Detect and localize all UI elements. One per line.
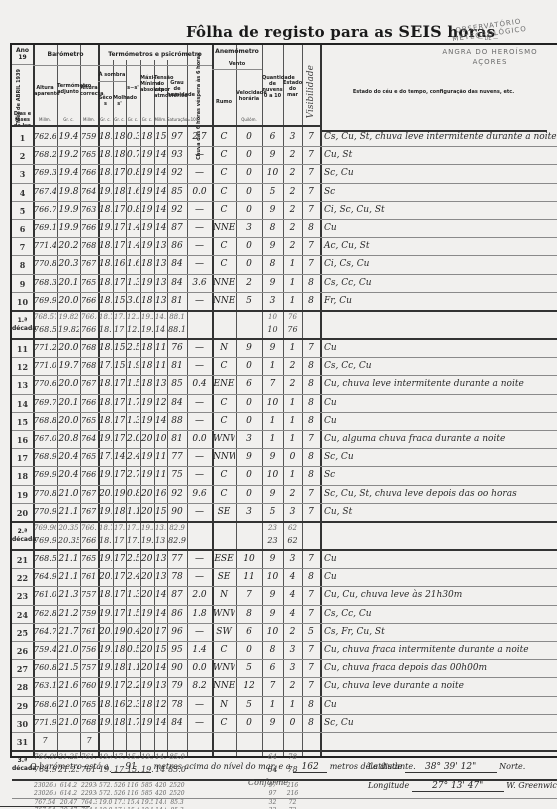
- cell-mar: 2: [284, 150, 301, 160]
- unit-label: Gr. c.: [140, 117, 154, 122]
- mean-value: 15.4: [127, 799, 139, 806]
- cell-seco: 17.2: [99, 452, 112, 462]
- total-value: 116.1: [127, 782, 139, 789]
- cell-term: 20.0: [58, 343, 79, 353]
- cell-rumo: WNW: [213, 609, 235, 619]
- cell-alt-ap: 763.10: [34, 681, 56, 690]
- cell-seco: 19.8: [99, 554, 112, 564]
- cell-max: 18.6: [141, 379, 153, 389]
- cell-hum: 96: [168, 627, 186, 637]
- mean-value: 72: [284, 799, 301, 806]
- cell-nuv: 1: [263, 700, 282, 710]
- cell-tensao: 14.9: [155, 663, 166, 673]
- cell-chuva: —: [188, 470, 211, 480]
- cell-seco: 19.8: [99, 507, 112, 517]
- row-divider: [98, 65, 212, 66]
- cell-alt-cor: 759.75: [81, 609, 97, 618]
- decade-value: 18.77: [99, 325, 112, 334]
- day-number: 23: [12, 591, 33, 601]
- cell-tensao: 14.1: [155, 609, 166, 619]
- cell-nuv: 9: [263, 609, 282, 619]
- cell-alt-cor: 767.84: [81, 507, 97, 516]
- cell-molh: 17.5: [114, 416, 125, 426]
- cloud-amount-header: Quantidade de nuvens 0 a 10: [262, 75, 283, 99]
- cell-alt-ap: 768.35: [34, 278, 56, 287]
- cell-hum: 87: [168, 223, 186, 233]
- day-number: 12: [12, 362, 33, 372]
- cell-alt-cor: 759.77: [81, 132, 97, 141]
- cell-molh: 17.3: [114, 681, 125, 691]
- cell-rumo: NNW: [213, 452, 235, 462]
- cell-mar: 2: [284, 168, 301, 178]
- cell-term: 21.0: [58, 645, 79, 655]
- cell-alt-cor: 757.72: [81, 663, 97, 672]
- cell-alt-cor: 761.86: [81, 572, 97, 581]
- row-divider: [12, 338, 557, 340]
- cell-vel: 0: [237, 645, 261, 655]
- rain-header: Chuva das 6 horas véspera às 6 horas: [196, 53, 202, 160]
- cell-diff: 1.6: [127, 187, 139, 197]
- day-number: 20: [12, 508, 33, 518]
- decade-value: 20.35: [58, 524, 79, 532]
- decade-value: 13.56: [155, 524, 166, 532]
- altitude-value: 91: [111, 762, 151, 773]
- cell-alt-cor: 763.81: [81, 205, 97, 214]
- cell-alt-ap: 768.50: [34, 554, 56, 563]
- cell-nuv: 9: [263, 150, 282, 160]
- cell-diff: 1.5: [127, 609, 139, 619]
- cell-rumo: SE: [213, 572, 235, 582]
- cell-diff: 1.4: [127, 223, 139, 233]
- cell-nuv: 3: [263, 296, 282, 306]
- cell-vel: 7: [237, 590, 261, 600]
- day-number: 4: [12, 188, 33, 198]
- cell-alt-ap: 770.80: [34, 489, 56, 498]
- unit-label: Gr. c.: [57, 117, 80, 122]
- year-value: 19: [12, 55, 33, 61]
- cell-term: 20.0: [58, 296, 79, 306]
- decade-value: 769.905: [34, 524, 56, 532]
- decade-value: 20.35: [58, 536, 79, 545]
- cell-tensao: 14.5: [155, 718, 166, 728]
- humidity-header: Grau de humidade: [167, 80, 187, 98]
- cell-hum: 86: [168, 609, 186, 619]
- cell-mar: 0: [284, 452, 301, 462]
- cell-tensao: 14.4: [155, 168, 166, 178]
- cell-molh: 18.1: [114, 132, 125, 142]
- day-number: 1: [12, 133, 33, 143]
- cell-rumo: ESE: [213, 554, 235, 564]
- cell-mar: 0: [284, 718, 301, 728]
- cell-alt-ap: 766.70: [34, 205, 56, 214]
- cell-diff: 0.4: [127, 627, 139, 637]
- cell-seco: 19.5: [99, 681, 112, 691]
- day-number: 8: [12, 260, 33, 270]
- cell-diff: 1.5: [127, 379, 139, 389]
- day-number: 19: [12, 490, 33, 500]
- cell-rumo: C: [213, 489, 235, 499]
- mean-value: 14.01: [155, 799, 166, 806]
- cell-chuva: —: [188, 627, 211, 637]
- cell-rumo: ENE: [213, 379, 235, 389]
- cell-alt-ap: 768.60: [34, 700, 56, 709]
- cell-rumo: C: [213, 150, 235, 160]
- cell-mar: 4: [284, 590, 301, 600]
- cell-seco: 18.3: [99, 278, 112, 288]
- row-divider: [12, 219, 557, 220]
- cell-molh: 18.0: [114, 150, 125, 160]
- cell-vis: 5: [303, 627, 319, 637]
- cell-max: 20.6: [141, 434, 153, 444]
- total-value: 2520: [168, 782, 186, 789]
- cell-mar: 1: [284, 398, 301, 408]
- row-divider: [12, 125, 320, 127]
- sky-remark: Sc: [324, 470, 335, 480]
- cell-molh: 17.4: [114, 590, 125, 600]
- cell-hum: 88: [168, 416, 186, 426]
- cell-vis: 7: [303, 132, 319, 142]
- cell-vis: 7: [303, 489, 319, 499]
- cell-alt-ap: 770.90: [34, 507, 56, 516]
- cell-vis: 8: [303, 416, 319, 426]
- cell-mar: 2: [284, 223, 301, 233]
- sky-remark: Sc, Cu: [324, 168, 354, 178]
- sky-remark: Cu, chuva leve intermitente durante a no…: [324, 379, 524, 389]
- day-number: 10: [12, 297, 33, 307]
- cell-alt-cor: 766.92: [81, 470, 97, 479]
- cell-tensao: 12.6: [155, 700, 166, 710]
- cell-alt-cor: 765.31: [81, 278, 97, 287]
- row-divider: [12, 394, 557, 395]
- total-value: 526.2: [114, 790, 125, 797]
- total-value: 526.2: [114, 782, 125, 789]
- cell-vel: 12: [237, 681, 261, 691]
- cell-chuva: —: [188, 572, 211, 582]
- cell-hum: 86: [168, 241, 186, 251]
- cell-nuv: 5: [263, 507, 282, 517]
- decade-value: 17.88: [114, 753, 125, 761]
- sky-remark: Sc, Cu, St, chuva leve depois das oo hor…: [324, 489, 517, 499]
- cell-rumo: C: [213, 259, 235, 269]
- cell-diff: 1.6: [127, 259, 139, 269]
- cell-max: 19.7: [141, 398, 153, 408]
- decade-value: 17.54: [114, 325, 125, 334]
- cell-nuv: 6: [263, 663, 282, 673]
- decade-value: 14.17: [155, 325, 166, 334]
- cell-hum: 90: [168, 507, 186, 517]
- cell-vel: 0: [237, 241, 261, 251]
- decade-value: 18.79: [99, 524, 112, 532]
- cell-molh: 16.7: [114, 259, 125, 269]
- cell-chuva: —: [188, 718, 211, 728]
- decade-value: 82.9: [168, 536, 186, 545]
- cell-max: 20.3: [141, 590, 153, 600]
- cell-term: 21.2: [58, 609, 79, 619]
- day-number: 31: [12, 737, 33, 747]
- decade-value: 64: [263, 753, 282, 761]
- barometer-note: O barómetro está a 91 metros acima do ní…: [30, 762, 416, 773]
- row-divider: [12, 659, 557, 660]
- cell-nuv: 9: [263, 241, 282, 251]
- row-divider: [12, 412, 557, 413]
- cell-molh: 18.0: [114, 718, 125, 728]
- cell-chuva: —: [188, 416, 211, 426]
- cell-molh: 19.9: [114, 627, 125, 637]
- cell-vel: 3: [237, 507, 261, 517]
- cell-max: 19.3: [141, 150, 153, 160]
- sky-remark: Cu, chuva fraca intermitente durante a n…: [324, 645, 529, 655]
- cell-hum: 84: [168, 278, 186, 288]
- cell-mar: 3: [284, 663, 301, 673]
- mean-value: 17.54: [114, 799, 125, 806]
- cell-max: 20.5: [141, 507, 153, 517]
- sky-remark: Cu: [324, 398, 337, 408]
- cell-diff: 0.8: [127, 168, 139, 178]
- total-value: 614.2: [58, 790, 79, 797]
- cell-term: 20.4: [58, 470, 79, 480]
- cell-alt-ap: 767.40: [34, 187, 56, 196]
- difference-header: s−s': [126, 85, 140, 91]
- register-table: Ano19Mês de ABRIL 1939Dias e fases da lu…: [10, 43, 557, 758]
- cell-hum: 81: [168, 296, 186, 306]
- cell-term: 20.4: [58, 452, 79, 462]
- cell-diff: 1.7: [127, 398, 139, 408]
- cell-max: 19.5: [141, 452, 153, 462]
- cell-max: 18.6: [141, 259, 153, 269]
- cell-max: 18.9: [141, 700, 153, 710]
- cell-seco: 19.7: [99, 663, 112, 673]
- cell-term: 21.0: [58, 700, 79, 710]
- day-number: 6: [12, 224, 33, 234]
- cell-vis: 8: [303, 470, 319, 480]
- day-number: 5: [12, 206, 33, 216]
- decade-value: 768.575: [34, 325, 56, 334]
- cell-molh: 18.7: [114, 507, 125, 517]
- cell-tensao: 14.4: [155, 223, 166, 233]
- cell-rumo: C: [213, 398, 235, 408]
- cell-tensao: 13.4: [155, 278, 166, 288]
- cell-mar: 2: [284, 361, 301, 371]
- dry-header: Sêco s: [98, 95, 113, 107]
- cell-rumo: C: [213, 132, 235, 142]
- total-value: 420.3: [155, 782, 166, 789]
- day-number: 7: [12, 242, 33, 252]
- cell-alt-cor: 765.45: [81, 150, 97, 159]
- cell-nuv: 10: [263, 398, 282, 408]
- sky-remark: Cu: [324, 700, 337, 710]
- cell-alt-cor: 765.44: [81, 554, 97, 563]
- decade-value: 19.82: [58, 325, 79, 334]
- row-divider: [12, 696, 557, 697]
- decade-value: 19.24: [141, 313, 153, 321]
- cell-rumo: N: [213, 343, 235, 353]
- cell-alt-cor: 765.22: [81, 452, 97, 461]
- cell-alt-cor: 766.76: [81, 398, 97, 407]
- cell-tensao: 13.5: [155, 572, 166, 582]
- cell-hum: 93: [168, 150, 186, 160]
- cell-chuva: 8.2: [188, 681, 211, 691]
- cell-seco: 18.3: [99, 259, 112, 269]
- cell-diff: 1.3: [127, 590, 139, 600]
- row-divider: [12, 183, 557, 184]
- cell-seco: 18.3: [99, 168, 112, 178]
- cell-vel: 0: [237, 470, 261, 480]
- decade-2-label: 2.ª década: [12, 528, 33, 544]
- cell-term: 19.7: [58, 361, 79, 371]
- cell-chuva: —: [188, 554, 211, 564]
- cell-seco: 18.7: [99, 150, 112, 160]
- thermometers-header: Termómetros e psicrómetro: [98, 52, 212, 58]
- signature: Conforme: [248, 778, 288, 787]
- cell-diff: 2.4: [127, 452, 139, 462]
- cell-seco: 18.7: [99, 205, 112, 215]
- cell-rumo: N: [213, 700, 235, 710]
- decade-value: 766.956: [81, 524, 97, 532]
- cell-seco: 18.2: [99, 343, 112, 353]
- cell-vis: 7: [303, 590, 319, 600]
- cell-seco: 18.7: [99, 590, 112, 600]
- distance-value: 162: [293, 762, 327, 773]
- cell-max: 18.4: [141, 132, 153, 142]
- sky-remark: Cu: [324, 223, 337, 233]
- row-divider: [12, 201, 557, 202]
- cell-nuv: 8: [263, 223, 282, 233]
- cell-chuva: —: [188, 241, 211, 251]
- cell-mar: 1: [284, 470, 301, 480]
- cell-nuv: 8: [263, 259, 282, 269]
- cell-molh: 16.5: [114, 700, 125, 710]
- cell-max: 19.4: [141, 278, 153, 288]
- cell-hum: 81: [168, 434, 186, 444]
- cell-hum: 76: [168, 343, 186, 353]
- cell-rumo: WNW: [213, 663, 235, 673]
- cell-nuv: 10: [263, 627, 282, 637]
- total-value: 2520: [168, 790, 186, 797]
- decade-value: 18.77: [99, 313, 112, 321]
- day-number: 22: [12, 573, 33, 583]
- cell-diff: 2.2: [127, 681, 139, 691]
- cell-vel: 11: [237, 572, 261, 582]
- cell-nuv: 7: [263, 681, 282, 691]
- cell-vis: 7: [303, 187, 319, 197]
- cell-max: 20.1: [141, 663, 153, 673]
- cell-tensao: 12.4: [155, 398, 166, 408]
- cell-alt-ap: 769.10: [34, 223, 56, 232]
- cell-mar: 1: [284, 700, 301, 710]
- decade-value: 23: [263, 524, 282, 532]
- decade-value: 17.29: [114, 524, 125, 532]
- cell-nuv: 5: [263, 187, 282, 197]
- day-number: 18: [12, 471, 33, 481]
- column-divider: [320, 45, 322, 756]
- cell-max: 19.5: [141, 681, 153, 691]
- cell-molh: 17.5: [114, 434, 125, 444]
- cell-tensao: 14.5: [155, 187, 166, 197]
- total-value: 614.2: [58, 782, 79, 789]
- cell-seco: 18.4: [99, 132, 112, 142]
- decade-value: 17.5: [127, 524, 139, 532]
- cell-rumo: NNE: [213, 223, 235, 233]
- cell-hum: 75: [168, 470, 186, 480]
- total-value: 22930.2: [81, 782, 97, 789]
- shade-header: À sombra: [98, 72, 126, 78]
- sky-remark: Ci, Cs, Cu: [324, 259, 369, 269]
- cell-diff: 2.0: [127, 434, 139, 444]
- row-divider: [12, 714, 557, 715]
- cell-molh: 15.4: [114, 361, 125, 371]
- row-divider: [12, 310, 557, 312]
- cell-hum: 90: [168, 663, 186, 673]
- cell-hum: 81: [168, 361, 186, 371]
- cell-vel: 6: [237, 627, 261, 637]
- cell-tensao: 15.4: [155, 507, 166, 517]
- cell-vis: 7: [303, 434, 319, 444]
- cell-rumo: C: [213, 361, 235, 371]
- cell-chuva: 9.6: [188, 489, 211, 499]
- cell-alt-ap: 7: [34, 736, 56, 745]
- decade-value: 82.9: [168, 524, 186, 532]
- cell-chuva: 2.0: [188, 590, 211, 600]
- cell-alt-ap: 768.25: [34, 150, 56, 159]
- cell-nuv: 10: [263, 168, 282, 178]
- row-divider: [12, 623, 557, 624]
- cell-alt-ap: 764.70: [34, 627, 56, 636]
- cell-chuva: 2.7: [188, 132, 211, 142]
- cell-tensao: 10.7: [155, 434, 166, 444]
- cell-mar: 2: [284, 205, 301, 215]
- cell-alt-cor: 760.60: [81, 681, 97, 690]
- cell-max: 19.5: [141, 205, 153, 215]
- mean-value: 32: [263, 799, 282, 806]
- cell-term: 20.0: [58, 379, 79, 389]
- cell-diff: 3.0: [127, 296, 139, 306]
- anemometer-header: Anemómetro: [212, 49, 262, 55]
- cell-alt-cor: 768.85: [81, 718, 97, 727]
- unit-label: Gr. c.: [113, 117, 126, 122]
- cell-mar: 1: [284, 416, 301, 426]
- sky-remark: Cu, St: [324, 507, 352, 517]
- cell-molh: 17.7: [114, 609, 125, 619]
- decade-value: 19.82: [58, 313, 79, 321]
- cell-mar: 4: [284, 572, 301, 582]
- cell-molh: 18.5: [114, 645, 125, 655]
- total-value: 116.1: [127, 790, 139, 797]
- cell-tensao: 14.0: [155, 590, 166, 600]
- cell-tensao: 13.4: [155, 681, 166, 691]
- cell-vel: 0: [237, 132, 261, 142]
- cell-vis: 8: [303, 398, 319, 408]
- cell-molh: 17.5: [114, 168, 125, 178]
- cell-vel: 0: [237, 259, 261, 269]
- cell-chuva: —: [188, 452, 211, 462]
- cell-vel: 3: [237, 223, 261, 233]
- row-divider: [12, 521, 557, 523]
- cell-term: 19.4: [58, 132, 79, 142]
- cell-chuva: —: [188, 205, 211, 215]
- wet-header: Molhado s': [113, 95, 126, 107]
- cell-alt-cor: 761.64: [81, 627, 97, 636]
- cell-vis: 7: [303, 343, 319, 353]
- decade-value: 13.56: [155, 536, 166, 545]
- cell-nuv: 7: [263, 379, 282, 389]
- cell-term: 20.0: [58, 416, 79, 426]
- cell-vis: 7: [303, 609, 319, 619]
- cell-term: 20.8: [58, 434, 79, 444]
- cell-mar: 3: [284, 132, 301, 142]
- row-divider: [12, 146, 557, 147]
- longitude: Longitude 27° 13' 47" W. Greenwich.: [368, 781, 557, 792]
- cell-chuva: 1.4: [188, 645, 211, 655]
